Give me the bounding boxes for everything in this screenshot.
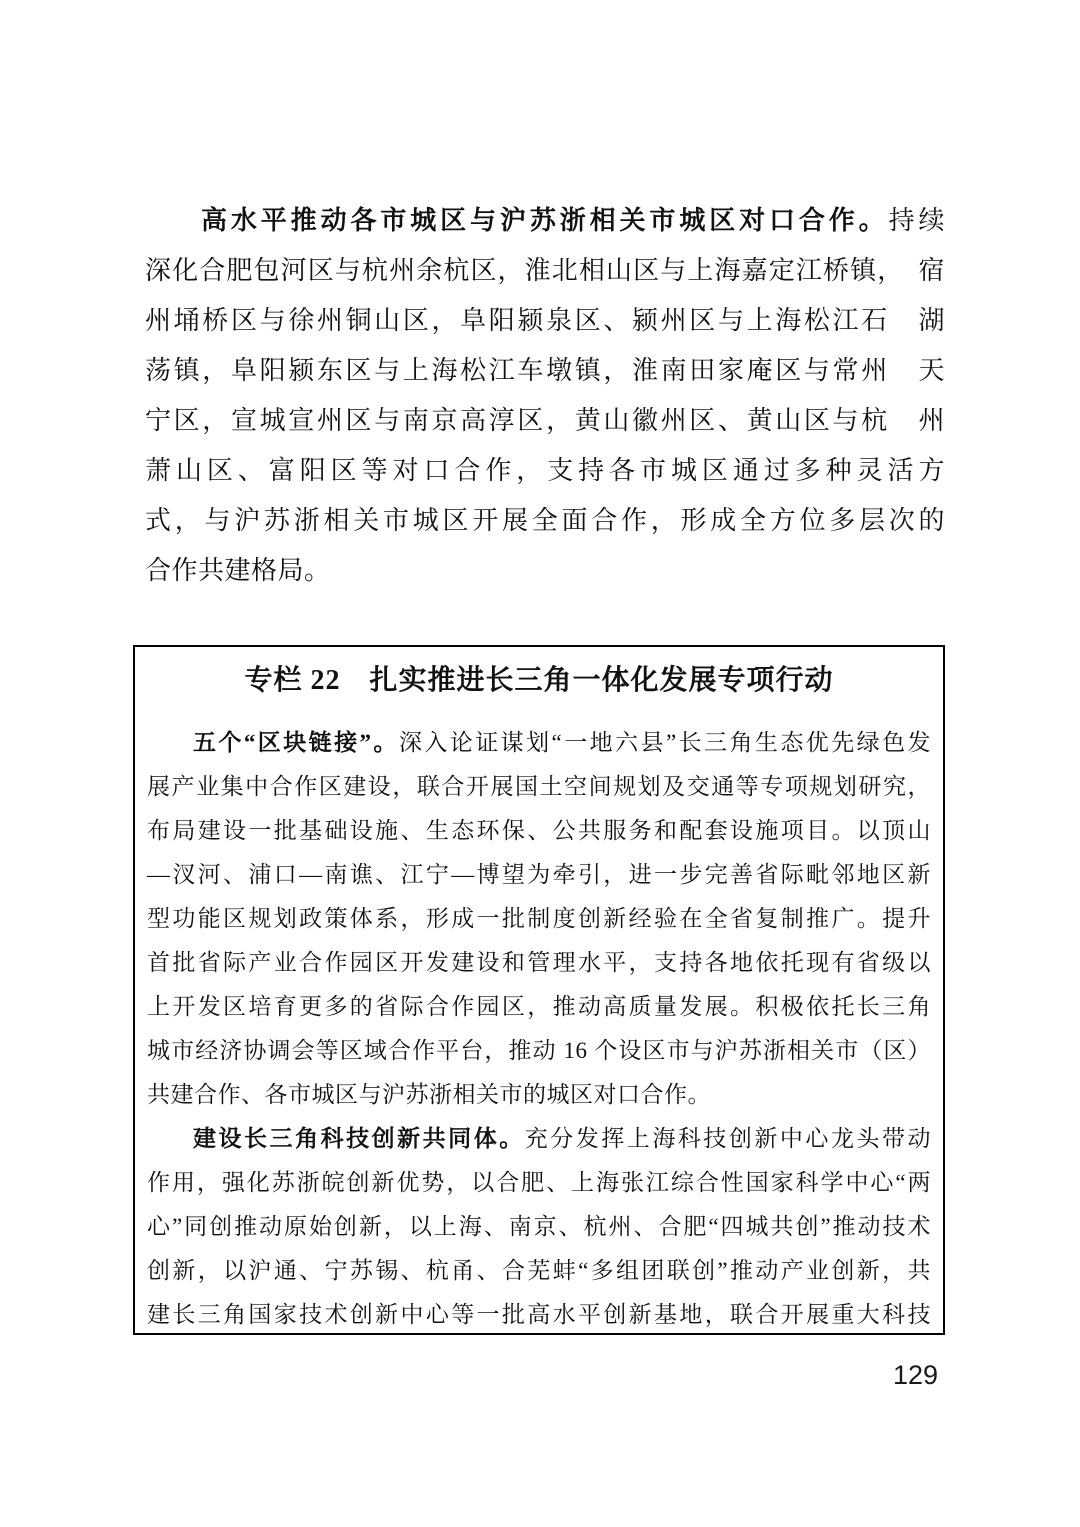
text-line: 布局建设一批基础设施、生态环保、公共服务和配套设施项目。以顶山 bbox=[147, 809, 931, 853]
box-paragraph-2: 建设长三角科技创新共同体。充分发挥上海科技创新中心龙头带动 作用，强化苏浙皖创新… bbox=[147, 1117, 931, 1337]
text-line: 共建合作、各市城区与沪苏浙相关市的城区对口合作。 bbox=[147, 1073, 931, 1117]
bold-lead: 建设长三角科技创新共同体。 bbox=[193, 1126, 525, 1151]
text-line: 心”同创推动原始创新，以上海、南京、杭州、合肥“四城共创”推动技术 bbox=[147, 1205, 931, 1249]
text-line: 五个“区块链接”。深入论证谋划“一地六县”长三角生态优先绿色发 bbox=[147, 721, 931, 765]
text-line: 荡镇，阜阳颍东区与上海松江车墩镇，淮南田家庵区与常州 天 bbox=[145, 346, 945, 396]
text-line: 萧山区、富阳区等对口合作，支持各市城区通过多种灵活方 bbox=[145, 446, 945, 496]
text-line: 建长三角国家技术创新中心等一批高水平创新基地，联合开展重大科技 bbox=[147, 1293, 931, 1337]
callout-box: 专栏 22 扎实推进长三角一体化发展专项行动 五个“区块链接”。深入论证谋划“一… bbox=[133, 645, 945, 1335]
text-line: 建设长三角科技创新共同体。充分发挥上海科技创新中心龙头带动 bbox=[147, 1117, 931, 1161]
text-run: 持续 bbox=[889, 206, 945, 235]
text-line: 首批省际产业合作园区开发建设和管理水平，支持各地依托现有省级以 bbox=[147, 941, 931, 985]
bold-lead: 五个“区块链接”。 bbox=[193, 730, 399, 755]
page: { "page_number": "129", "intro": { "line… bbox=[0, 0, 1080, 1527]
box-body: 五个“区块链接”。深入论证谋划“一地六县”长三角生态优先绿色发 展产业集中合作区… bbox=[147, 721, 931, 1337]
text-line: 上开发区培育更多的省际合作园区，推动高质量发展。积极依托长三角 bbox=[147, 985, 931, 1029]
text-line: 州埇桥区与徐州铜山区，阜阳颍泉区、颍州区与上海松江石 湖 bbox=[145, 296, 945, 346]
text-line: 宁区，宣城宣州区与南京高淳区，黄山徽州区、黄山区与杭 州 bbox=[145, 396, 945, 446]
text-line: 展产业集中合作区建设，联合开展国土空间规划及交通等专项规划研究， bbox=[147, 765, 931, 809]
box-paragraph-1: 五个“区块链接”。深入论证谋划“一地六县”长三角生态优先绿色发 展产业集中合作区… bbox=[147, 721, 931, 1117]
text-line: 创新，以沪通、宁苏锡、杭甬、合芜蚌“多组团联创”推动产业创新，共 bbox=[147, 1249, 931, 1293]
intro-paragraph: 高水平推动各市城区与沪苏浙相关市城区对口合作。持续 深化合肥包河区与杭州余杭区，… bbox=[145, 196, 945, 596]
text-line: 式，与沪苏浙相关市城区开展全面合作，形成全方位多层次的 bbox=[145, 496, 945, 546]
text-line: 作用，强化苏浙皖创新优势，以合肥、上海张江综合性国家科学中心“两 bbox=[147, 1161, 931, 1205]
bold-lead: 高水平推动各市城区与沪苏浙相关市城区对口合作。 bbox=[201, 206, 889, 235]
text-line: 合作共建格局。 bbox=[145, 546, 945, 596]
box-title: 专栏 22 扎实推进长三角一体化发展专项行动 bbox=[147, 657, 931, 705]
text-run: 深入论证谋划“一地六县”长三角生态优先绿色发 bbox=[399, 730, 931, 755]
page-number: 129 bbox=[0, 1360, 938, 1391]
text-line: —汊河、浦口—南谯、江宁—博望为牵引，进一步完善省际毗邻地区新 bbox=[147, 853, 931, 897]
text-line: 深化合肥包河区与杭州余杭区，淮北相山区与上海嘉定江桥镇， 宿 bbox=[145, 246, 945, 296]
text-line: 城市经济协调会等区域合作平台，推动 16 个设区市与沪苏浙相关市（区） bbox=[147, 1029, 931, 1073]
text-line: 型功能区规划政策体系，形成一批制度创新经验在全省复制推广。提升 bbox=[147, 897, 931, 941]
text-run: 充分发挥上海科技创新中心龙头带动 bbox=[525, 1126, 931, 1151]
text-line: 高水平推动各市城区与沪苏浙相关市城区对口合作。持续 bbox=[145, 196, 945, 246]
